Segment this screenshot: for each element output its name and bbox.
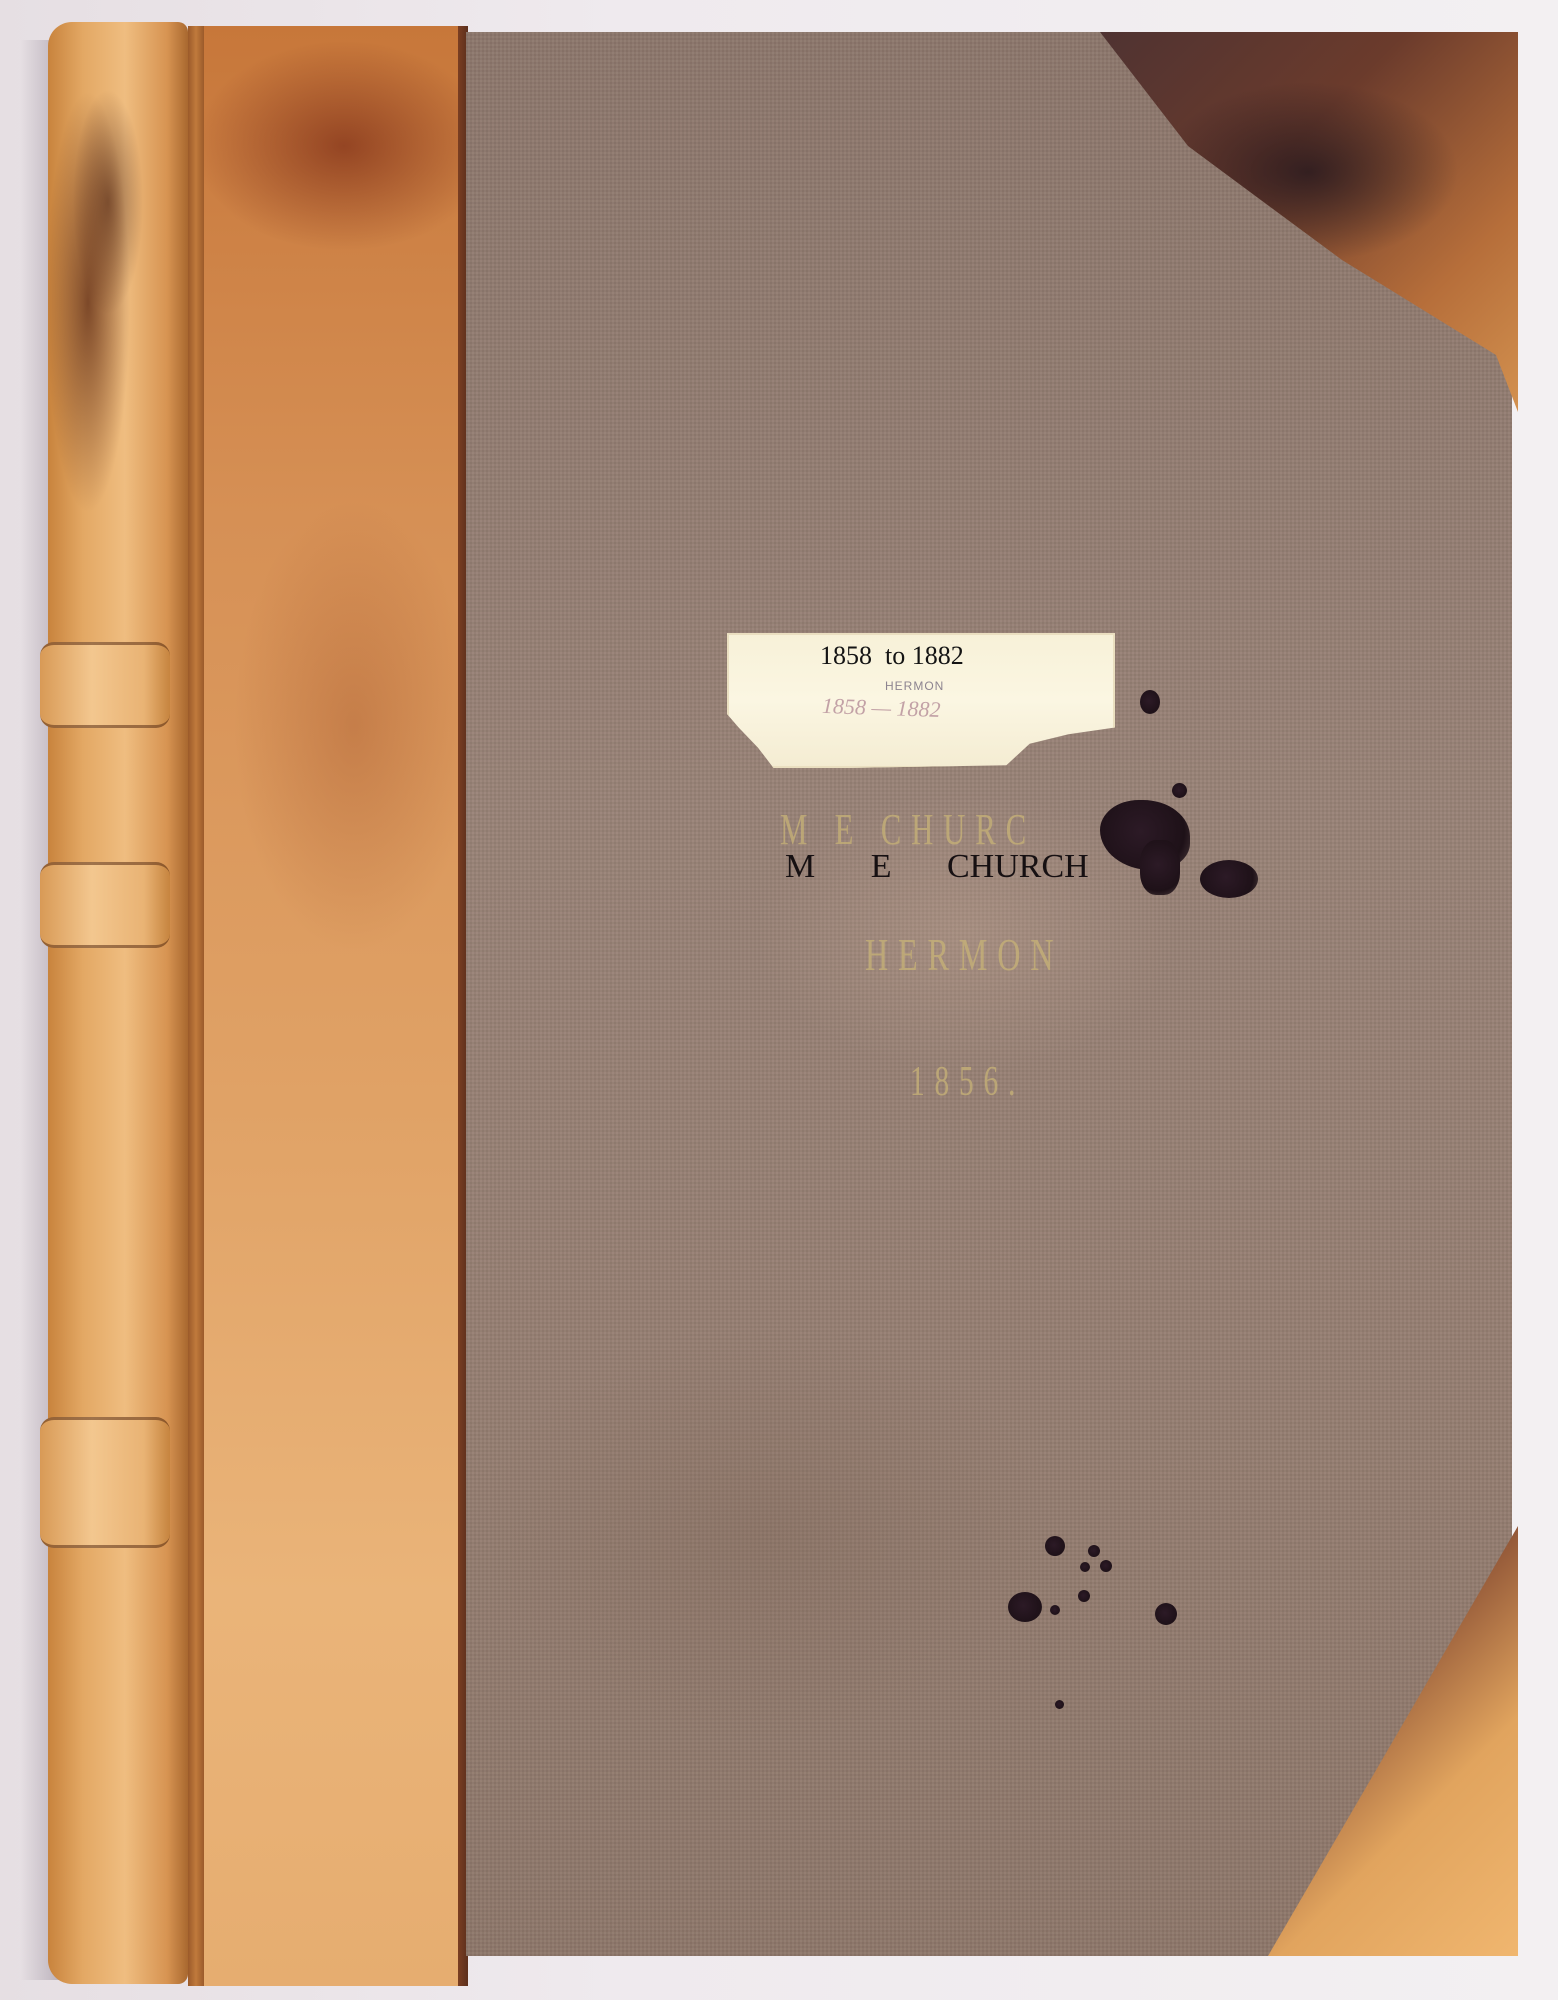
ink-stain xyxy=(1080,1562,1090,1572)
ink-stain xyxy=(1200,860,1258,898)
spine-band xyxy=(40,1417,170,1548)
gold-title-year: 1856. xyxy=(910,1058,1025,1106)
spine-band xyxy=(40,642,170,728)
ink-stain xyxy=(1055,1700,1064,1709)
ink-stain xyxy=(1050,1605,1060,1615)
label-handwritten-dates: 1858 — 1882 xyxy=(822,693,941,723)
gold-title-line2: HERMON xyxy=(865,928,1063,981)
ink-stain xyxy=(1140,840,1180,895)
leather-spine xyxy=(48,22,188,1984)
ink-stain xyxy=(1172,783,1187,798)
spine-band xyxy=(40,862,170,948)
ledger-book xyxy=(48,16,1518,1988)
leather-board-strip xyxy=(204,26,466,1986)
ink-stain xyxy=(1155,1603,1177,1625)
label-stamp-hermon: HERMON xyxy=(885,679,944,693)
spine-hinge xyxy=(188,26,204,1986)
cloth-cover xyxy=(466,32,1512,1956)
ink-stain xyxy=(1088,1545,1100,1557)
ink-stain xyxy=(1045,1536,1065,1556)
ink-stain xyxy=(1008,1592,1042,1622)
ink-stain xyxy=(1140,690,1160,714)
cover-title-text: M E CHURCH xyxy=(785,848,1089,886)
label-date-range: 1858 to 1882 xyxy=(820,641,964,671)
ink-stain xyxy=(1100,1560,1112,1572)
ink-stain xyxy=(1078,1590,1090,1602)
